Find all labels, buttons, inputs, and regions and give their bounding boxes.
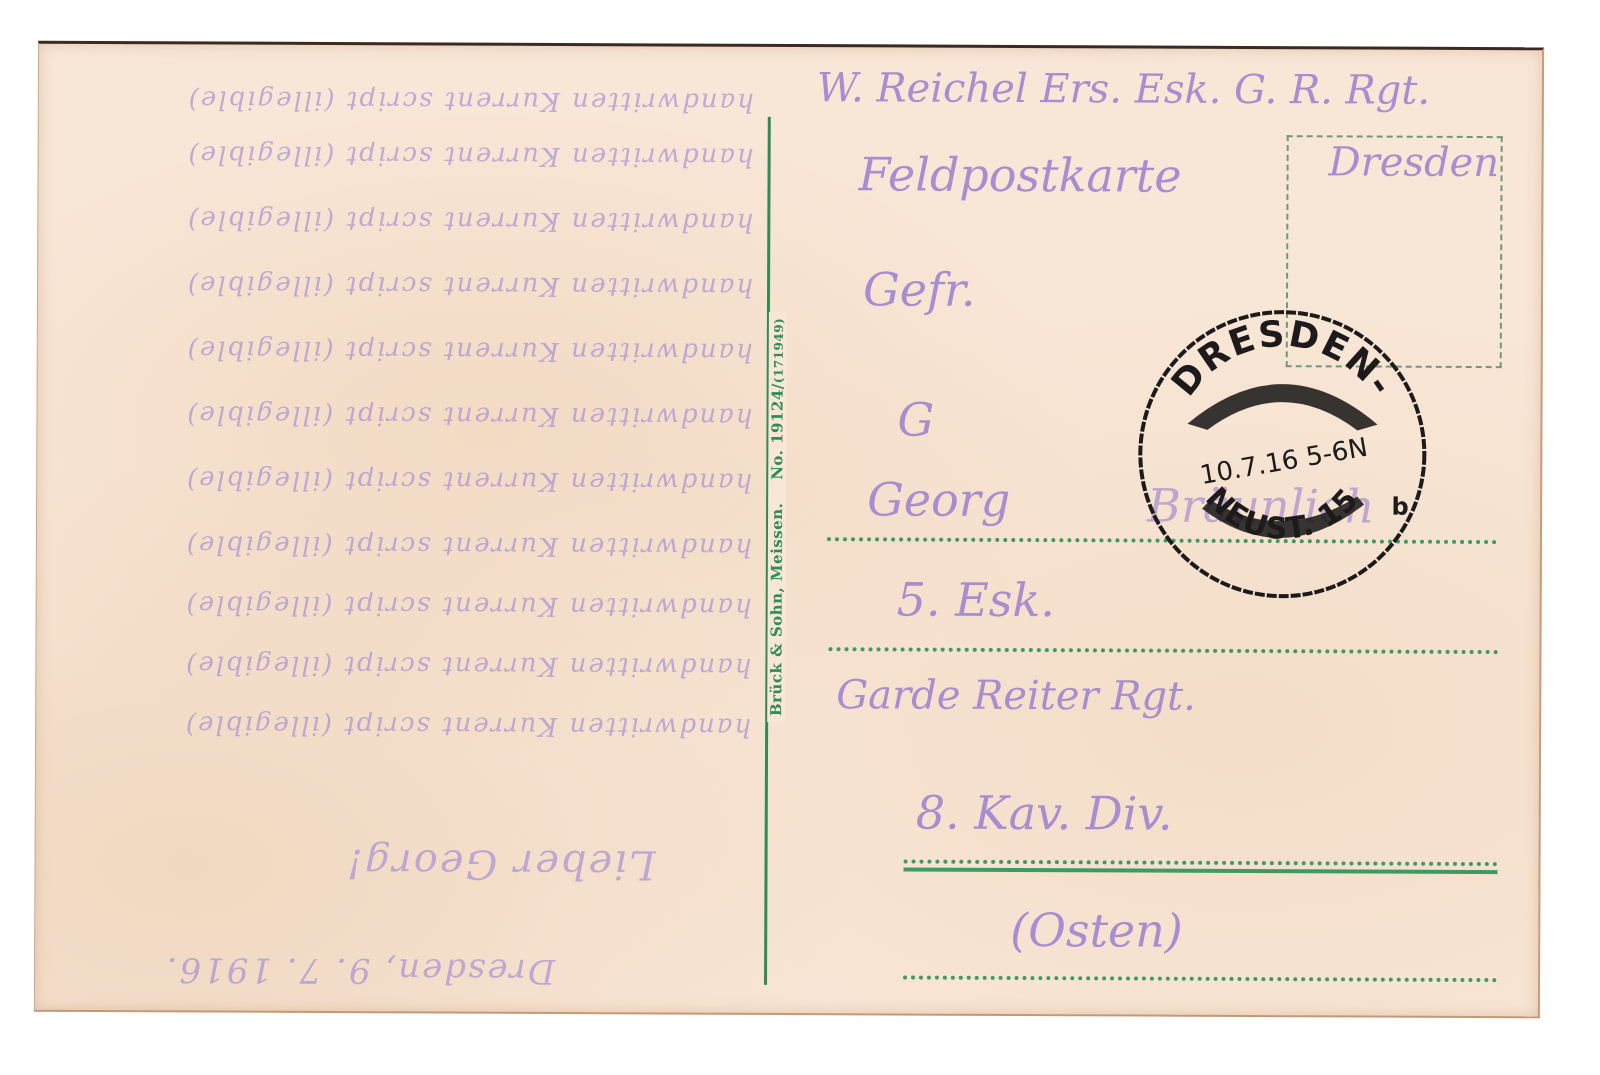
sender-city: Dresden [1329,139,1500,186]
message-line: handwritten Kurrent script (illegible) [184,709,751,741]
addressee-initial: G [897,392,934,446]
message-line: handwritten Kurrent script (illegible) [186,334,753,366]
unit-line-3: 8. Kav. Div. [916,786,1173,841]
addressee-name: Georg [867,472,1010,527]
card-type: Feldpostkarte [858,147,1181,202]
message-line: handwritten Kurrent script (illegible) [185,529,752,561]
address-line-3-solid [904,868,1498,875]
address-line-4 [903,976,1497,983]
message-greeting: Lieber Georg! [345,840,656,887]
publisher-name: Brück & Sohn, Meissen. [767,503,786,717]
message-line: handwritten Kurrent script (illegible) [185,464,752,496]
unit-line-2: Garde Reiter Rgt. [836,672,1196,720]
message-line: handwritten Kurrent script (illegible) [184,589,751,621]
message-line: handwritten Kurrent script (illegible) [184,649,751,681]
unit-line-1: 5. Esk. [897,572,1055,627]
message-date: Dresden, 9. 7. 1916. [165,949,555,991]
sender-line: W. Reichel Ers. Esk. G. R. Rgt. [817,65,1430,114]
publisher-imprint: Brück & Sohn, Meissen. No. 19124/(171949… [767,312,787,722]
message-line: handwritten Kurrent script (illegible) [185,399,752,431]
card-subnumber: (171949) [772,318,786,384]
message-line: handwritten Kurrent script (illegible) [186,139,753,171]
address-line-2 [828,647,1498,654]
svg-text:NEUST. 15: NEUST. 15 [1198,481,1366,548]
message-line: handwritten Kurrent script (illegible) [187,84,754,116]
svg-text:10.7.16 5-6N: 10.7.16 5-6N [1198,433,1370,491]
postmark: DRESDEN- NEUST. 15 10.7.16 5-6N b [1132,303,1433,604]
address-line-3 [904,860,1498,867]
message-line: handwritten Kurrent script (illegible) [186,204,753,236]
card-number: No. 19124/ [768,383,786,480]
addressee-rank: Gefr. [863,262,976,316]
unit-line-4: (Osten) [1010,903,1183,958]
message-line: handwritten Kurrent script (illegible) [186,269,753,301]
svg-text:b: b [1391,493,1408,521]
postcard: handwritten Kurrent script (illegible) h… [34,41,1544,1019]
message-area: handwritten Kurrent script (illegible) h… [39,44,1542,51]
